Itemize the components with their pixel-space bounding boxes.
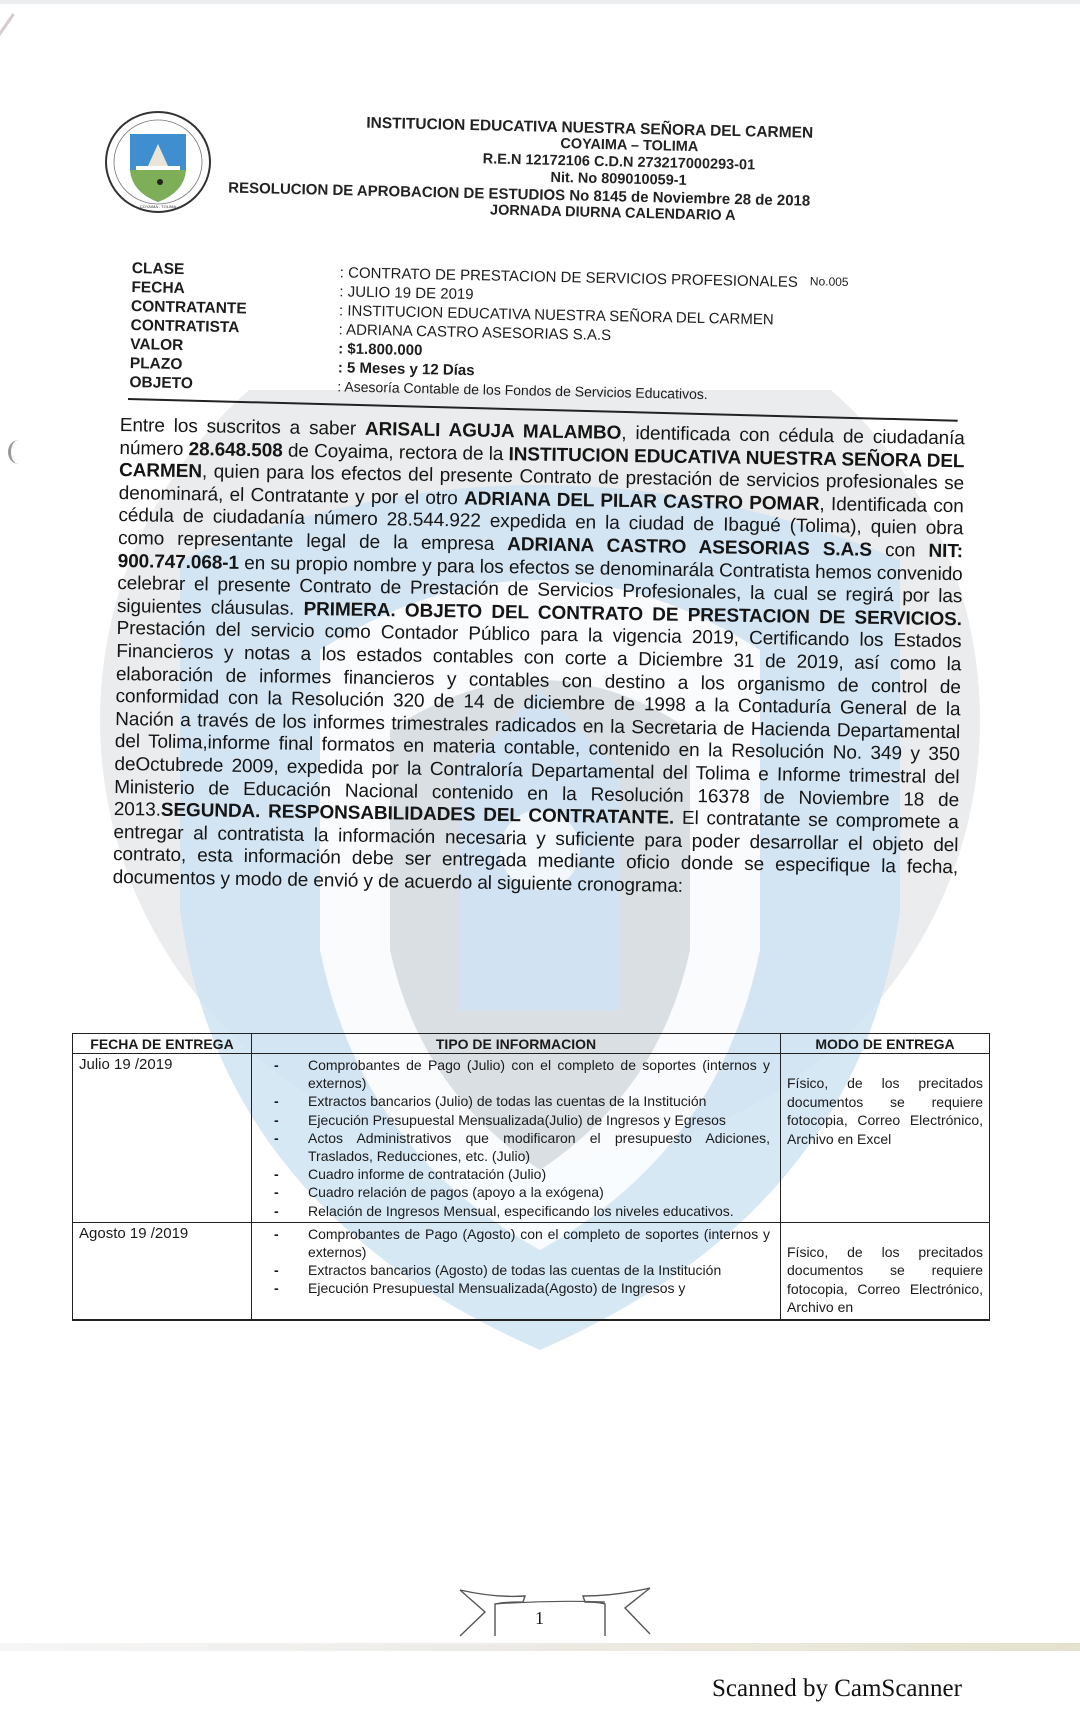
document-header: INSTITUCION EDUCATIVA NUESTRA SEÑORA DEL… — [248, 112, 950, 230]
column-header-tipo: TIPO DE INFORMACION — [252, 1034, 781, 1054]
list-item: Ejecución Presupuestal Mensualizada(Agos… — [308, 1279, 774, 1297]
table-row: Julio 19 /2019 Comprobantes de Pago (Jul… — [73, 1054, 990, 1223]
list-item: Extractos bancarios (Julio) de todas las… — [308, 1092, 774, 1110]
delivery-date: Agosto 19 /2019 — [73, 1222, 252, 1320]
list-item: Relación de Ingresos Mensual, especifica… — [308, 1202, 774, 1220]
scan-edge — [0, 1643, 1080, 1651]
contract-number: No.005 — [810, 274, 849, 294]
delivery-mode: Físico, de los precitados documentos se … — [781, 1054, 990, 1223]
svg-text:COYAIMA - TOLIMA: COYAIMA - TOLIMA — [140, 204, 177, 209]
rector-id: 28.648.508 — [188, 439, 282, 461]
column-header-fecha: FECHA DE ENTREGA — [73, 1034, 252, 1054]
delivery-schedule-table: FECHA DE ENTREGA TIPO DE INFORMACION MOD… — [72, 1033, 990, 1321]
list-item: Extractos bancarios (Agosto) de todas la… — [308, 1261, 774, 1279]
page-number: 1 — [535, 1608, 544, 1629]
rector-name: ARISALI AGUJA MALAMBO — [365, 419, 622, 444]
top-edge — [0, 0, 1080, 4]
page-number-frame-icon — [455, 1578, 655, 1638]
scan-artifact — [0, 13, 28, 48]
list-item: Comprobantes de Pago (Agosto) con el com… — [308, 1225, 774, 1261]
list-item: Comprobantes de Pago (Julio) con el comp… — [308, 1056, 774, 1092]
list-item: Cuadro informe de contratación (Julio) — [308, 1165, 774, 1183]
school-crest-logo: COYAIMA - TOLIMA — [100, 108, 240, 216]
table-header-row: FECHA DE ENTREGA TIPO DE INFORMACION MOD… — [73, 1034, 990, 1054]
delivery-mode: Físico, de los precitados documentos se … — [781, 1222, 990, 1320]
contract-summary: CLASE : CONTRATO DE PRESTACION DE SERVIC… — [129, 260, 932, 410]
information-types: Comprobantes de Pago (Agosto) con el com… — [252, 1222, 781, 1320]
delivery-date: Julio 19 /2019 — [73, 1054, 252, 1223]
list-item: Actos Administrativos que modificaron el… — [308, 1129, 774, 1165]
list-item: Cuadro relación de pagos (apoyo a la exó… — [308, 1183, 774, 1201]
contract-body-paragraph: Entre los suscritos a saber ARISALI AGUJ… — [113, 415, 965, 903]
table-row: Agosto 19 /2019 Comprobantes de Pago (Ag… — [73, 1222, 990, 1320]
punch-hole-mark — [8, 440, 29, 464]
information-types: Comprobantes de Pago (Julio) con el comp… — [252, 1054, 781, 1223]
list-item: Ejecución Presupuestal Mensualizada(Juli… — [308, 1111, 774, 1129]
scanner-watermark: Scanned by CamScanner — [712, 1675, 962, 1703]
column-header-modo: MODO DE ENTREGA — [781, 1034, 990, 1054]
